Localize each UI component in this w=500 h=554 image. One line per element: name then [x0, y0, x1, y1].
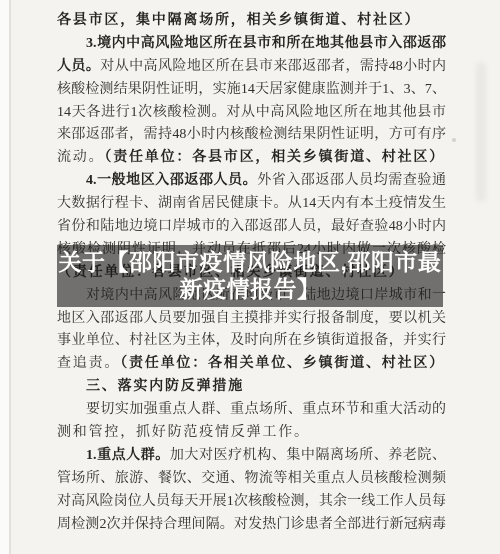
document-line: 管场所、旅游、餐饮、交通、物流等相关重点人员核酸检测频次，	[57, 468, 446, 491]
document-text-segment: 大数据行程卡、湖南省居民健康卡。从14天内有本土疫情发生	[57, 196, 446, 211]
document-line: 人员。对从中高风险地区所在县市来邵返邵者，需持48小时内	[57, 56, 446, 79]
document-text-segment: 事业单位、村社区为主体，及时向所在乡镇街道报备，并实行倒	[57, 333, 446, 353]
document-text-bold-segment: 3.境内中高风险地区所在县市和所在地其他县市入邵返邵	[86, 36, 446, 51]
document-line: 查追责。（责任单位：各相关单位、乡镇街道、村社区）	[57, 353, 446, 376]
document-text-segment: 对从中高风险地区所在县市来邵返邵者，需持48小时内	[100, 59, 446, 74]
document-text-bold-segment: 三、落实内防反弹措施	[86, 379, 244, 394]
document-line: 事业单位、村社区为主体，及时向所在乡镇街道报备，并实行倒	[57, 330, 446, 353]
document-text-bold-segment: 各县市区，集中隔离场所，相关乡镇街道、村社区）	[57, 13, 420, 28]
document-line: 3.境内中高风险地区所在县市和所在地其他县市入邵返邵	[57, 33, 446, 56]
document-text-segment: 对高风险岗位人员每天开展1次核酸检测，其余一线工作人员每	[57, 494, 446, 509]
page-outer-margin	[0, 0, 9, 554]
document-line: 测和管控，抓好防范疫情反弹工作。	[57, 422, 446, 445]
scan-artifact-speck	[452, 138, 456, 142]
page-edge-line	[9, 0, 11, 554]
document-text-bold-segment: （责任单位：各县市区，相关乡镇街道、村社区）	[104, 150, 445, 165]
document-line: 对高风险岗位人员每天开展1次核酸检测，其余一线工作人员每	[57, 491, 446, 514]
document-line: 来邵返邵者，需持48小时内核酸检测结果阴性证明，方可有序	[57, 124, 446, 147]
document-text-bold-segment: （责任单位：各相关单位、乡镇街道、村社区）	[120, 356, 445, 371]
scanned-document-photo: 各县市区，集中隔离场所，相关乡镇街道、村社区）3.境内中高风险地区所在县市和所在…	[0, 0, 500, 554]
document-text-segment: 核酸检测结果阴性证明，实施14天居家健康监测并于1、3、7、	[57, 82, 446, 97]
document-text-bold-segment: 1.重点人群。	[86, 448, 170, 463]
document-text-segment: 省份和陆地边境口岸城市的入邵返邵人员，最好查验48小时内	[57, 219, 446, 234]
document-text-segment: 测和管控，抓好防范疫情反弹工作。	[57, 425, 310, 440]
document-text-segment: 来邵返邵者，需持48小时内核酸检测结果阴性证明，方可有序	[57, 127, 446, 142]
document-line: 各县市区，集中隔离场所，相关乡镇街道、村社区）	[57, 10, 446, 33]
banner-title-line2: 新疫情报告】	[57, 276, 443, 303]
overlay-title-banner: 关于【邵阳市疫情风险地区,邵阳市最 新疫情报告】	[57, 245, 443, 307]
document-text-bold-segment: 人员。	[57, 59, 100, 74]
document-text-segment: 要切实加强重点人群、重点场所、重点环节和重大活动的监	[57, 402, 446, 422]
document-text-bold-segment: 4.一般地区入邵返邵人员。	[86, 173, 257, 188]
document-line: 14天各进行1次核酸检测。对从中高风险地区所在地其他县市	[57, 102, 446, 125]
document-line: 1.重点人群。加大对医疗机构、集中隔离场所、养老院、监	[57, 445, 446, 468]
document-line: 地区入邵返邵人员要加强自主摸排并实行报备制度，要以机关企	[57, 308, 446, 331]
document-line: 核酸检测结果阴性证明，实施14天居家健康监测并于1、3、7、	[57, 79, 446, 102]
document-text-segment: 查追责。	[57, 356, 120, 371]
document-text-segment: 流动。	[57, 150, 104, 165]
document-line: 周检测2次并保持合理间隔。对发热门诊患者全部进行新冠病毒	[57, 514, 446, 537]
document-line: 要切实加强重点人群、重点场所、重点环节和重大活动的监	[57, 399, 446, 422]
document-text-segment: 周检测2次并保持合理间隔。对发热门诊患者全部进行新冠病毒	[57, 517, 446, 532]
document-line: 三、落实内防反弹措施	[57, 376, 446, 399]
document-line: 省份和陆地边境口岸城市的入邵返邵人员，最好查验48小时内	[57, 216, 446, 239]
document-line: 流动。（责任单位：各县市区，相关乡镇街道、村社区）	[57, 147, 446, 170]
document-text-segment: 管场所、旅游、餐饮、交通、物流等相关重点人员核酸检测频次，	[57, 471, 446, 491]
scan-artifact-streak	[476, 62, 486, 202]
banner-title-line1: 关于【邵阳市疫情风险地区,邵阳市最	[57, 249, 443, 276]
document-line: 大数据行程卡、湖南省居民健康卡。从14天内有本土疫情发生	[57, 193, 446, 216]
document-text-segment: 14天各进行1次核酸检测。对从中高风险地区所在地其他县市	[57, 105, 446, 120]
document-line: 4.一般地区入邵返邵人员。外省入邵返邵人员均需查验通信	[57, 170, 446, 193]
document-text-segment: 地区入邵返邵人员要加强自主摸排并实行报备制度，要以机关企	[57, 311, 446, 331]
